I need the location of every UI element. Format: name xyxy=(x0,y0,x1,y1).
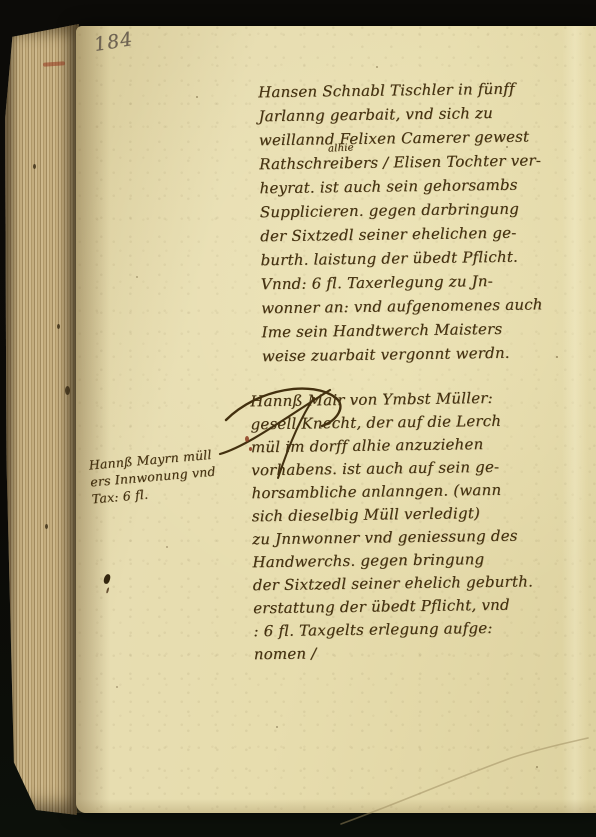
entry-first-paragraph: Hansen Schnabl Tischler in fünffJarlanng… xyxy=(258,76,592,369)
leaf-edge-speck xyxy=(57,324,60,329)
handwritten-line: wonner an: vnd aufgenomenes auch xyxy=(261,292,591,321)
handwritten-line: nomen / xyxy=(254,639,584,667)
leaf-edge-speck xyxy=(65,386,70,395)
red-ink-speck xyxy=(249,447,252,451)
handwritten-line: Rathschreibers / Elisen Tochter ver- xyxy=(259,148,589,177)
manuscript-page: 184 Hansen Schnabl Tischler in fünffJarl… xyxy=(76,26,596,813)
book-leaf-edges xyxy=(5,24,79,818)
manuscript-scan: 184 Hansen Schnabl Tischler in fünffJarl… xyxy=(0,0,596,837)
margin-note: Hannß Mayrn müllers Innwonung vndTax: 6 … xyxy=(88,444,242,508)
paper-speckles xyxy=(76,26,78,28)
leaf-edge-red-stain xyxy=(43,61,65,67)
interlinear-insertion: alhie xyxy=(328,142,354,154)
gutter-shadow xyxy=(76,26,110,813)
leaf-edge-speck xyxy=(45,524,48,529)
page-number: 184 xyxy=(93,28,135,56)
entry-second-paragraph: Hannß Mair von Ymbst Müller:gesell Knech… xyxy=(250,386,584,667)
paper-crease xyxy=(226,686,596,826)
handwritten-line: weise zuarbait vergonnt werdn. xyxy=(262,340,592,369)
leaf-edge-speck xyxy=(33,164,36,169)
red-ink-speck xyxy=(245,436,249,442)
